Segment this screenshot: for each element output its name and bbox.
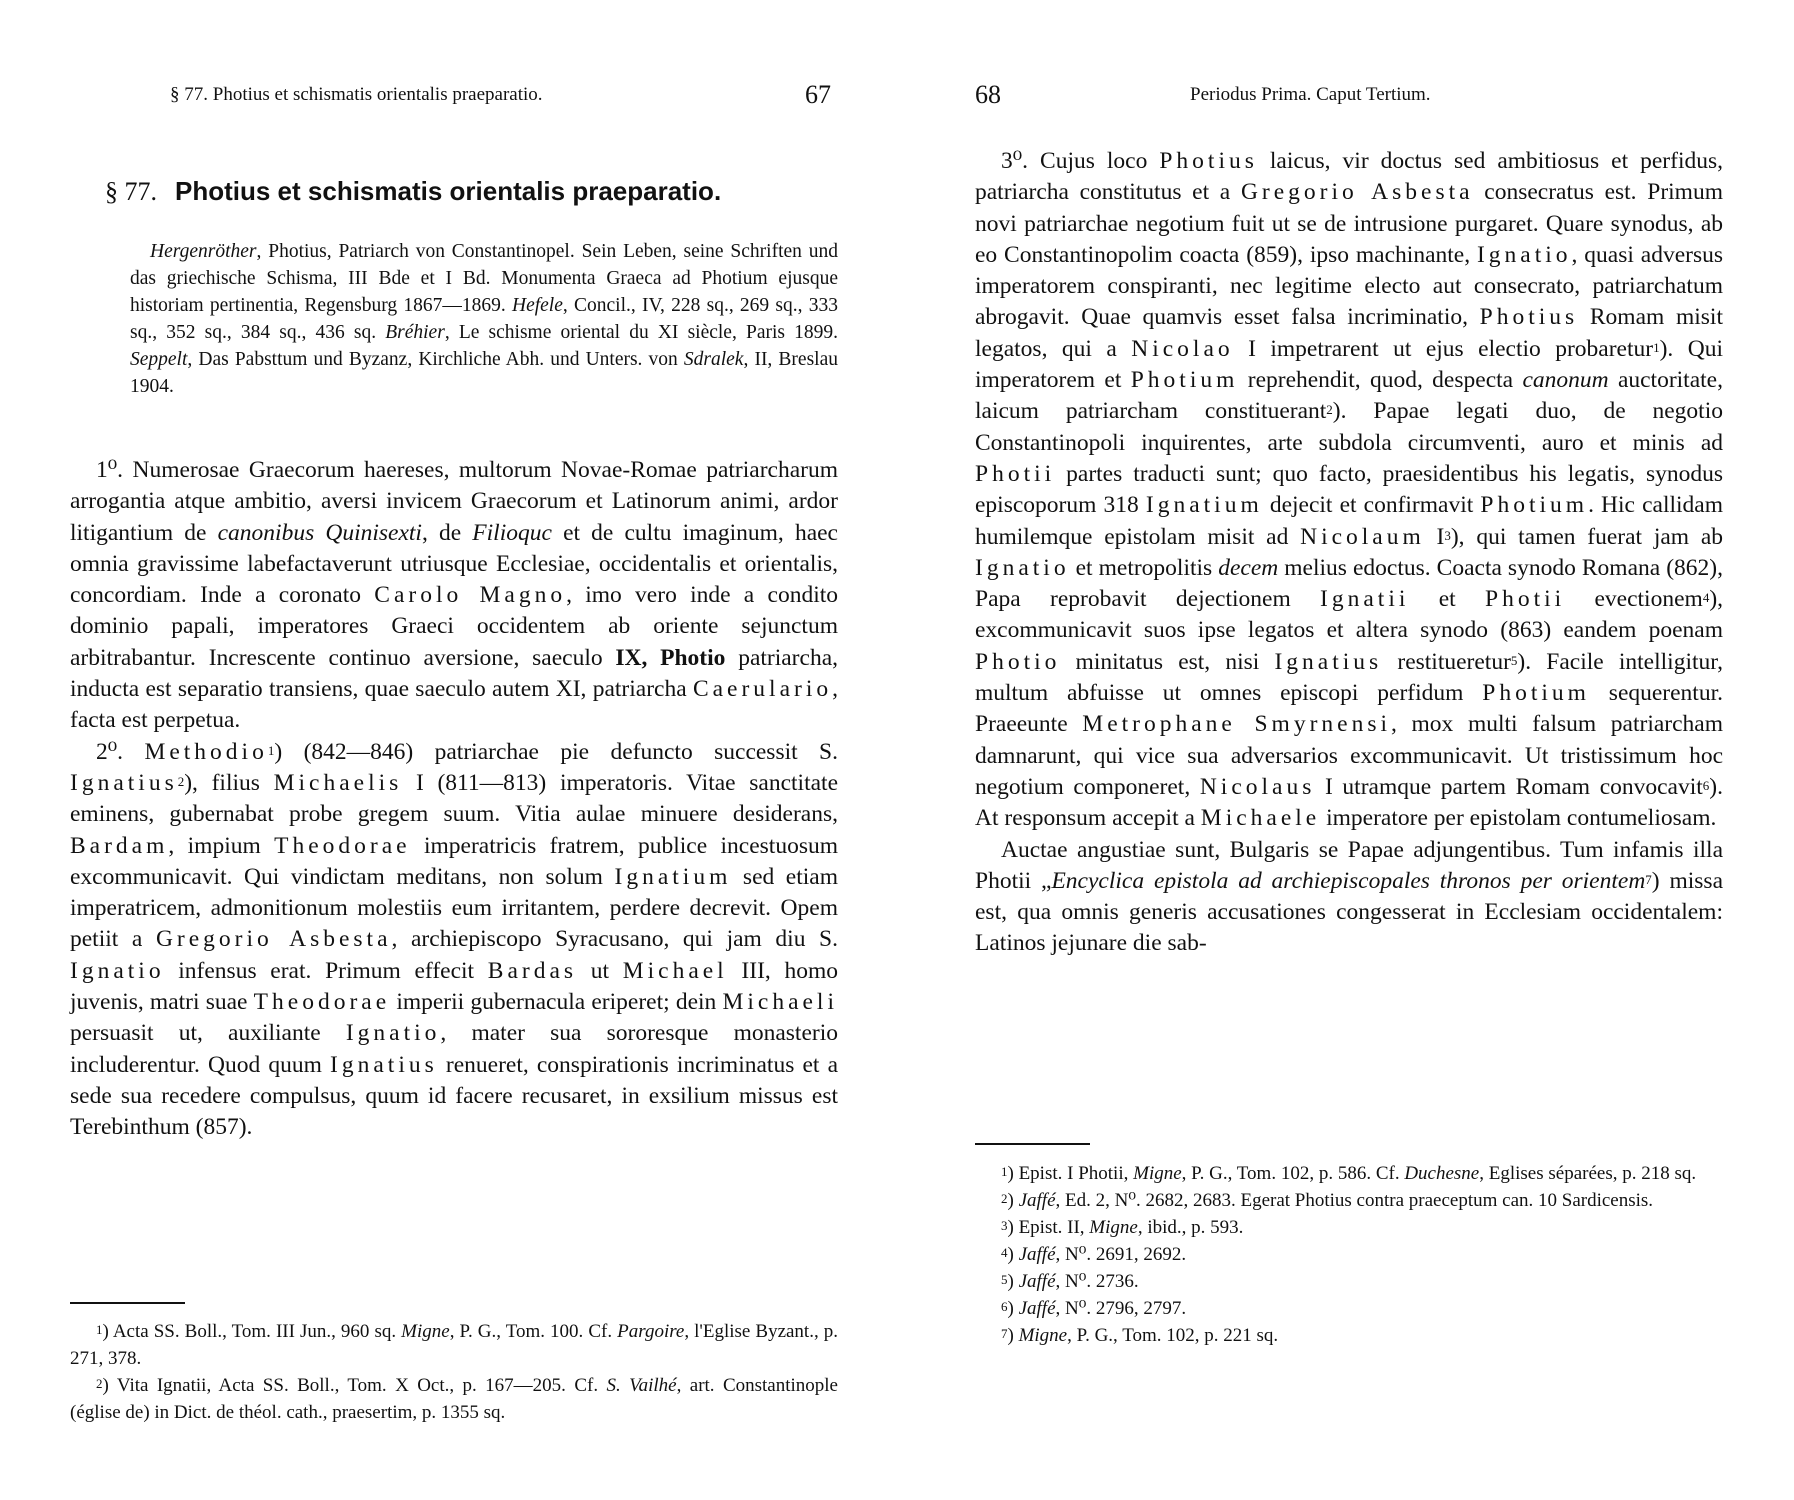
text: Pargoire: [617, 1321, 684, 1342]
footnote-ref[interactable]: 2: [1326, 402, 1333, 417]
text: reprehendit, quod, despecta: [1238, 367, 1522, 393]
footnote-mark: 7: [1001, 1326, 1008, 1341]
text: ut: [577, 958, 623, 984]
spaced-name: Bardas: [488, 958, 577, 984]
spaced-name: Ignatio: [975, 555, 1070, 581]
running-head: Periodus Prima. Caput Tertium.: [1190, 84, 1431, 106]
text: , Das Pabsttum und Byzanz, Kirchliche Ab…: [187, 349, 683, 370]
running-head: § 77. Photius et schismatis orientalis p…: [170, 84, 543, 106]
text: , archiepiscopo Syracusano, qui jam diu …: [392, 926, 839, 952]
footnote-ref[interactable]: 7: [1645, 872, 1652, 887]
spaced-name: Ignatio: [70, 958, 165, 984]
footnote-mark: 6: [1001, 1299, 1008, 1314]
spaced-name: Carolo Magno: [374, 582, 566, 608]
text: imperii gubernacula eriperet; dein: [390, 989, 722, 1015]
text: Duchesne: [1404, 1163, 1479, 1184]
spaced-name: Ignatium: [1146, 492, 1263, 518]
text: ), filius: [184, 770, 273, 796]
author: Bréhier: [385, 322, 445, 343]
text: , ibid., p. 593.: [1138, 1217, 1244, 1238]
text: ) Vita Ignatii, Acta SS. Boll., Tom. X O…: [103, 1375, 607, 1396]
footnote-mark: 3: [1001, 1218, 1008, 1233]
spaced-name: Ignatius: [330, 1052, 438, 1078]
footnote-6: 6) Jaffé, N⁰. 2796, 2797.: [975, 1295, 1723, 1322]
text: ): [1008, 1244, 1019, 1265]
paragraph-4: Auctae angustiae sunt, Bulgaris se Papae…: [975, 835, 1723, 960]
footnote-4: 4) Jaffé, N⁰. 2691, 2692.: [975, 1241, 1723, 1268]
footnote-7: 7) Migne, P. G., Tom. 102, p. 221 sq.: [975, 1322, 1723, 1349]
text: Jaffé: [1019, 1271, 1056, 1292]
spaced-name: Photius: [1480, 304, 1579, 330]
text: I: [1425, 524, 1445, 550]
text: et: [1409, 586, 1485, 612]
text: , P. G., Tom. 100. Cf.: [450, 1321, 617, 1342]
text: ): [1008, 1271, 1019, 1292]
footnote-mark: 4: [1001, 1245, 1008, 1260]
text: minitatus est, nisi: [1060, 649, 1274, 675]
footnote-ref[interactable]: 5: [1511, 653, 1518, 668]
text: canonibus Quinisexti: [218, 520, 422, 546]
footnote-rule: [975, 1143, 1090, 1145]
text: ), qui tamen fuerat jam ab: [1451, 524, 1723, 550]
section-title-text: Photius et schismatis orientalis praepar…: [175, 176, 721, 206]
spaced-name: Photium: [1131, 367, 1239, 393]
text: Jaffé: [1019, 1190, 1056, 1211]
spaced-name: Photius: [1159, 148, 1258, 174]
text: Migne: [1019, 1325, 1068, 1346]
paragraph-3: 3⁰. Cujus loco Photius laicus, vir doctu…: [975, 146, 1723, 835]
spaced-name: Michaelis: [274, 770, 403, 796]
text: I utramque partem Romam convocavit: [1315, 774, 1702, 800]
footnote-5: 5) Jaffé, N⁰. 2736.: [975, 1268, 1723, 1295]
text: , P. G., Tom. 102, p. 221 sq.: [1067, 1325, 1278, 1346]
spaced-name: Nicolao: [1131, 336, 1233, 362]
text: ) (842—846) patriarchae pie defuncto suc…: [274, 739, 838, 765]
text: imperatore per epistolam contumeliosam.: [1320, 805, 1716, 831]
spaced-name: Nicolaum: [1300, 524, 1425, 550]
footnote-mark: 1: [1001, 1164, 1008, 1179]
author: Hefele: [512, 295, 563, 316]
spaced-name: Ignatius: [1274, 649, 1382, 675]
body-text: 1⁰. Numerosae Graecorum haereses, multor…: [70, 455, 838, 1144]
spaced-name: Photii: [1485, 586, 1565, 612]
text: Migne: [401, 1321, 450, 1342]
spaced-name: Gregorio Asbesta: [1241, 179, 1474, 205]
footnote-ref[interactable]: 4: [1703, 590, 1710, 605]
text: ): [1008, 1298, 1019, 1319]
author: Seppelt: [130, 349, 187, 370]
footnote-mark: 2: [1001, 1191, 1008, 1206]
footnote-rule: [70, 1302, 185, 1304]
spaced-name: Nicolaus: [1200, 774, 1316, 800]
spaced-name: Photium: [1480, 492, 1588, 518]
text: Jaffé: [1019, 1244, 1056, 1265]
text: restitueretur: [1382, 649, 1511, 675]
text: , N⁰. 2796, 2797.: [1056, 1298, 1187, 1319]
body-text: 3⁰. Cujus loco Photius laicus, vir doctu…: [975, 146, 1723, 960]
spaced-name: Michaele: [1201, 805, 1320, 831]
spaced-name: Michaeli: [722, 989, 838, 1015]
spaced-name: Caerulario: [693, 676, 832, 702]
text: Jaffé: [1019, 1298, 1056, 1319]
footnote-ref[interactable]: 6: [1703, 778, 1710, 793]
footnote-2: 2) Jaffé, Ed. 2, N⁰. 2682, 2683. Egerat …: [975, 1187, 1723, 1214]
footnote-mark: 2: [96, 1376, 103, 1391]
spaced-name: Bardam: [70, 833, 168, 859]
author: Sdralek: [684, 349, 744, 370]
spaced-name: Ignatium: [615, 864, 732, 890]
text: dejecit et confirmavit: [1263, 492, 1481, 518]
spaced-name: Ignatio: [1477, 242, 1572, 268]
page-number: 68: [975, 80, 1001, 110]
spaced-name: Theodorae: [254, 989, 390, 1015]
bibliography: Hergenröther, Photius, Patriarch von Con…: [130, 238, 838, 400]
text: , N⁰. 2736.: [1056, 1271, 1139, 1292]
spaced-name: Ignatio: [346, 1020, 441, 1046]
text: Encyclica epistola ad archiepiscopales t…: [1051, 868, 1645, 894]
text: IX, Photio: [615, 645, 725, 671]
text: decem: [1218, 555, 1278, 581]
text: 2⁰.: [96, 739, 144, 765]
footnote-ref[interactable]: 1: [1653, 340, 1660, 355]
text: 3⁰. Cujus loco: [1001, 148, 1159, 174]
text: , N⁰. 2691, 2692.: [1056, 1244, 1187, 1265]
spaced-name: Ignatii: [1320, 586, 1409, 612]
footnote-1: 1) Acta SS. Boll., Tom. III Jun., 960 sq…: [70, 1318, 838, 1372]
spaced-name: Metrophane Smyrnensi: [1082, 711, 1391, 737]
footnote-mark: 5: [1001, 1272, 1008, 1287]
text: infensus erat. Primum effecit: [165, 958, 488, 984]
spaced-name: Theodorae: [274, 833, 410, 859]
text: ): [1008, 1190, 1019, 1211]
text: , Ed. 2, N⁰. 2682, 2683. Egerat Photius …: [1056, 1190, 1654, 1211]
text: Migne: [1133, 1163, 1182, 1184]
text: et metropolitis: [1070, 555, 1219, 581]
text: persuasit ut, auxiliante: [70, 1020, 346, 1046]
footnote-3: 3) Epist. II, Migne, ibid., p. 593.: [975, 1214, 1723, 1241]
text: ) Epist. I Photii,: [1008, 1163, 1134, 1184]
text: , Eglises séparées, p. 218 sq.: [1479, 1163, 1696, 1184]
page-number: 67: [805, 80, 831, 110]
text: Filioquc: [472, 520, 552, 546]
text: I impetrarent ut ejus electio probaretur: [1234, 336, 1653, 362]
footnotes: 1) Acta SS. Boll., Tom. III Jun., 960 sq…: [70, 1318, 838, 1426]
author: Hergenröther: [150, 241, 257, 262]
text: S. Vailhé: [606, 1375, 676, 1396]
section-symbol: § 77.: [105, 177, 157, 206]
footnotes: 1) Epist. I Photii, Migne, P. G., Tom. 1…: [975, 1160, 1723, 1349]
text: , impium: [168, 833, 274, 859]
paragraph-2: 2⁰. Methodio1) (842—846) patriarchae pie…: [70, 737, 838, 1144]
text: , Le schisme oriental du XI siècle, Pari…: [445, 322, 838, 343]
text: , de: [422, 520, 472, 546]
spaced-name: Photio: [975, 649, 1060, 675]
spaced-name: Photii: [975, 461, 1055, 487]
text: canonum: [1522, 367, 1608, 393]
section-title: § 77.Photius et schismatis orientalis pr…: [105, 176, 721, 207]
footnote-1: 1) Epist. I Photii, Migne, P. G., Tom. 1…: [975, 1160, 1723, 1187]
spaced-name: Photium: [1482, 680, 1590, 706]
spaced-name: Michael: [623, 958, 728, 984]
text: ) Acta SS. Boll., Tom. III Jun., 960 sq.: [103, 1321, 402, 1342]
footnote-2: 2) Vita Ignatii, Acta SS. Boll., Tom. X …: [70, 1372, 838, 1426]
footnote-ref[interactable]: 2: [178, 774, 185, 789]
footnote-ref[interactable]: 1: [268, 743, 275, 758]
text: ): [1008, 1325, 1019, 1346]
spaced-name: Gregorio Asbesta: [156, 926, 392, 952]
spaced-name: Methodio: [144, 739, 267, 765]
paragraph-1: 1⁰. Numerosae Graecorum haereses, multor…: [70, 455, 838, 737]
text: Migne: [1089, 1217, 1138, 1238]
text: , P. G., Tom. 102, p. 586. Cf.: [1182, 1163, 1405, 1184]
footnote-mark: 1: [96, 1322, 103, 1337]
text: evectionem: [1565, 586, 1703, 612]
footnote-ref[interactable]: 3: [1444, 528, 1451, 543]
spaced-name: Ignatius: [70, 770, 178, 796]
text: ) Epist. II,: [1008, 1217, 1090, 1238]
